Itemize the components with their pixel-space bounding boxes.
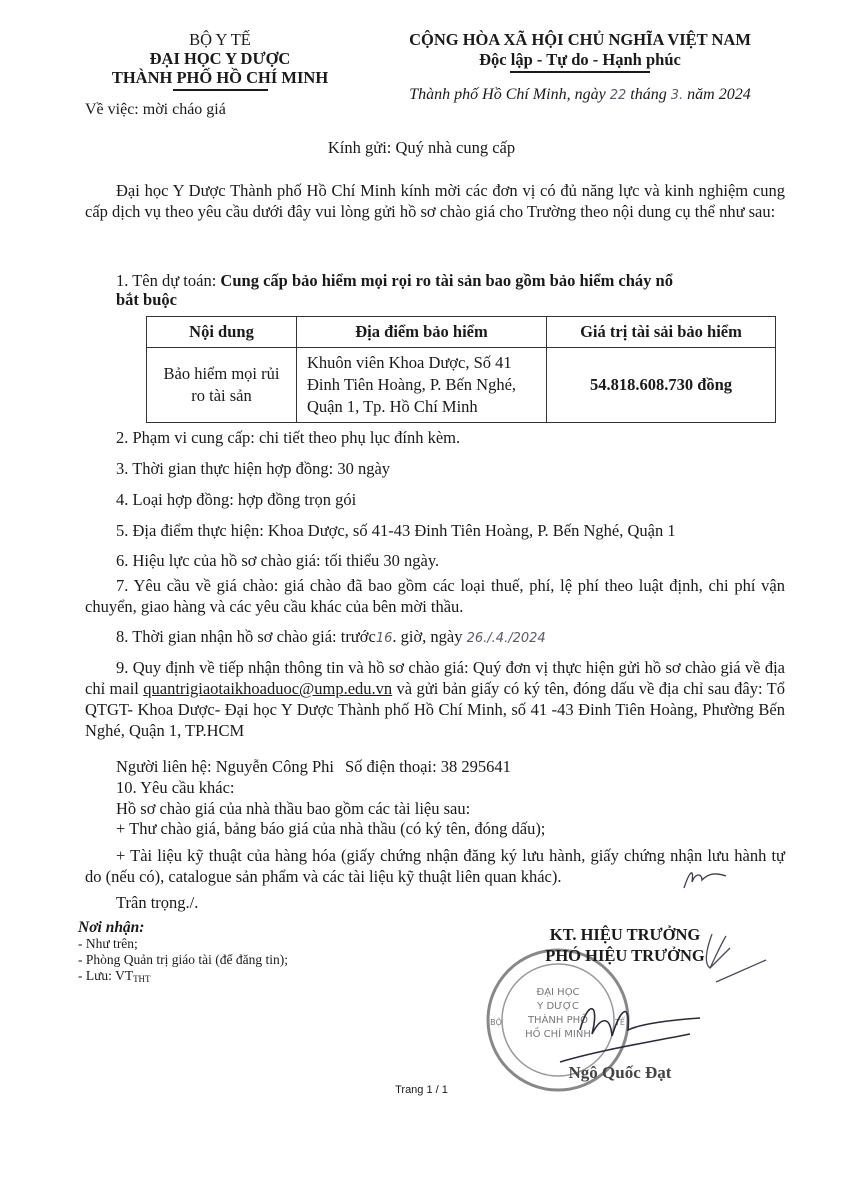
ministry-name: BỘ Y TẾ bbox=[60, 30, 380, 49]
item-7: 7. Yêu cầu về giá chào: giá chào đã bao … bbox=[85, 575, 785, 617]
archive-subscript: THT bbox=[133, 974, 151, 984]
item-10-bullet-2: + Tài liệu kỹ thuật của hàng hóa (giấy c… bbox=[85, 845, 785, 887]
national-motto: Độc lập - Tự do - Hạnh phúc bbox=[370, 50, 790, 70]
greeting: Kính gửi: Quý nhà cung cấp bbox=[0, 138, 843, 158]
item-1-label: 1. Tên dự toán: bbox=[116, 271, 220, 290]
recipient-item-archive: - Lưu: VTTHT bbox=[78, 968, 288, 985]
stamp-line-1: ĐẠI HỌC bbox=[536, 987, 579, 998]
item-1-value-continued: bắt buộc bbox=[116, 290, 177, 310]
recipient-item: - Như trên; bbox=[78, 936, 288, 952]
stamp-side-right: TẾ bbox=[614, 1016, 626, 1027]
item-10-intro: Hồ sơ chào giá của nhà thầu bao gồm các … bbox=[116, 799, 545, 820]
page-number: Trang 1 / 1 bbox=[0, 1084, 843, 1096]
intro-paragraph: Đại học Y Dược Thành phố Hồ Chí Minh kín… bbox=[85, 180, 785, 222]
contact-line: Người liên hệ: Nguyễn Công Phi Số điện t… bbox=[116, 757, 334, 777]
signatory-title: KT. HIỆU TRƯỞNG PHÓ HIỆU TRƯỞNG bbox=[480, 924, 770, 966]
signatory-name: Ngô Quốc Đạt bbox=[500, 1063, 740, 1083]
document-subject: Về việc: mời cháo giá bbox=[85, 101, 226, 119]
column-header-content: Nội dung bbox=[147, 317, 297, 348]
item-2: 2. Phạm vi cung cấp: chi tiết theo phụ l… bbox=[116, 428, 460, 448]
contact-phone: Số điện thoại: 38 295641 bbox=[345, 757, 511, 777]
table-row: Bảo hiểm mọi rủi ro tài sản Khuôn viên K… bbox=[147, 348, 776, 423]
insurance-table: Nội dung Địa điểm bảo hiểm Giá trị tài s… bbox=[146, 316, 776, 423]
header-underline bbox=[173, 89, 268, 91]
item-5: 5. Địa điểm thực hiện: Khoa Dược, số 41-… bbox=[116, 521, 676, 541]
email-link[interactable]: quantrigiaotaikhoaduoc@ump.edu.vn bbox=[143, 679, 392, 698]
item-1-value: Cung cấp bảo hiểm mọi rọi ro tài sản bao… bbox=[220, 271, 673, 290]
recipients-title: Nơi nhận: bbox=[78, 920, 288, 936]
cell-content: Bảo hiểm mọi rủi ro tài sản bbox=[147, 348, 297, 423]
university-name: ĐẠI HỌC Y DƯỢC bbox=[60, 49, 380, 68]
stamp-line-3: THÀNH PHỐ bbox=[527, 1012, 588, 1026]
deadline-hour-handwritten: 16 bbox=[376, 631, 393, 646]
deadline-date-handwritten: 26./.4./2024 bbox=[467, 631, 546, 646]
university-city: THÀNH PHỐ HỒ CHÍ MINH bbox=[60, 68, 380, 87]
item-4: 4. Loại hợp đồng: hợp đồng trọn gói bbox=[116, 490, 356, 510]
item-10-title: 10. Yêu cầu khác: bbox=[116, 778, 545, 799]
cell-location: Khuôn viên Khoa Dược, Số 41 Đinh Tiên Ho… bbox=[297, 348, 547, 423]
item-10-bullet-1: + Thư chào giá, bảng báo giá của nhà thầ… bbox=[116, 819, 545, 840]
stamp-line-4: HỒ CHÍ MINH bbox=[525, 1026, 591, 1040]
item-1: 1. Tên dự toán: Cung cấp bảo hiểm mọi rọ… bbox=[116, 266, 786, 296]
nation-title: CỘNG HÒA XÃ HỘI CHỦ NGHĨA VIỆT NAM bbox=[370, 30, 790, 50]
item-8: 8. Thời gian nhận hồ sơ chào giá: trước1… bbox=[116, 627, 546, 647]
motto-underline bbox=[510, 71, 650, 73]
item-3: 3. Thời gian thực hiện hợp đồng: 30 ngày bbox=[116, 459, 390, 479]
column-header-value: Giá trị tài sải bảo hiểm bbox=[547, 317, 776, 348]
stamp-side-left: BỘ bbox=[490, 1016, 502, 1027]
recipients-block: Nơi nhận: - Như trên; - Phòng Quản trị g… bbox=[78, 920, 288, 985]
item-8-prefix: 8. Thời gian nhận hồ sơ chào giá: trước bbox=[116, 627, 376, 646]
item-8-mid: . giờ, ngày bbox=[392, 627, 466, 646]
recipient-item: - Phòng Quản trị giáo tài (để đăng tin); bbox=[78, 952, 288, 968]
date-month-handwritten: 3. bbox=[671, 88, 683, 103]
closing-regards: Trân trọng./. bbox=[116, 893, 198, 913]
date-prefix: Thành phố Hồ Chí Minh, ngày bbox=[409, 86, 605, 103]
signatory-line-1: KT. HIỆU TRƯỞNG bbox=[480, 924, 770, 945]
date-month-label: tháng bbox=[630, 86, 666, 103]
date-year: năm 2024 bbox=[687, 86, 751, 103]
item-9: 9. Quy định về tiếp nhận thông tin và hồ… bbox=[85, 657, 785, 741]
item-10: 10. Yêu cầu khác: Hồ sơ chào giá của nhà… bbox=[116, 778, 545, 840]
item-6: 6. Hiệu lực của hồ sơ chào giá: tối thiể… bbox=[116, 551, 439, 571]
cell-value: 54.818.608.730 đồng bbox=[547, 348, 776, 423]
stamp-line-2: Y DƯỢC bbox=[536, 1001, 579, 1012]
document-date: Thành phố Hồ Chí Minh, ngày 22 tháng 3. … bbox=[370, 86, 790, 104]
national-header: CỘNG HÒA XÃ HỘI CHỦ NGHĨA VIỆT NAM Độc l… bbox=[370, 30, 790, 73]
date-day-handwritten: 22 bbox=[610, 88, 627, 103]
column-header-location: Địa điểm bảo hiểm bbox=[297, 317, 547, 348]
contact-person: Người liên hệ: Nguyễn Công Phi bbox=[116, 757, 334, 776]
table-header-row: Nội dung Địa điểm bảo hiểm Giá trị tài s… bbox=[147, 317, 776, 348]
issuer-header: BỘ Y TẾ ĐẠI HỌC Y DƯỢC THÀNH PHỐ HỒ CHÍ … bbox=[60, 30, 380, 91]
signatory-line-2: PHÓ HIỆU TRƯỞNG bbox=[480, 945, 770, 966]
